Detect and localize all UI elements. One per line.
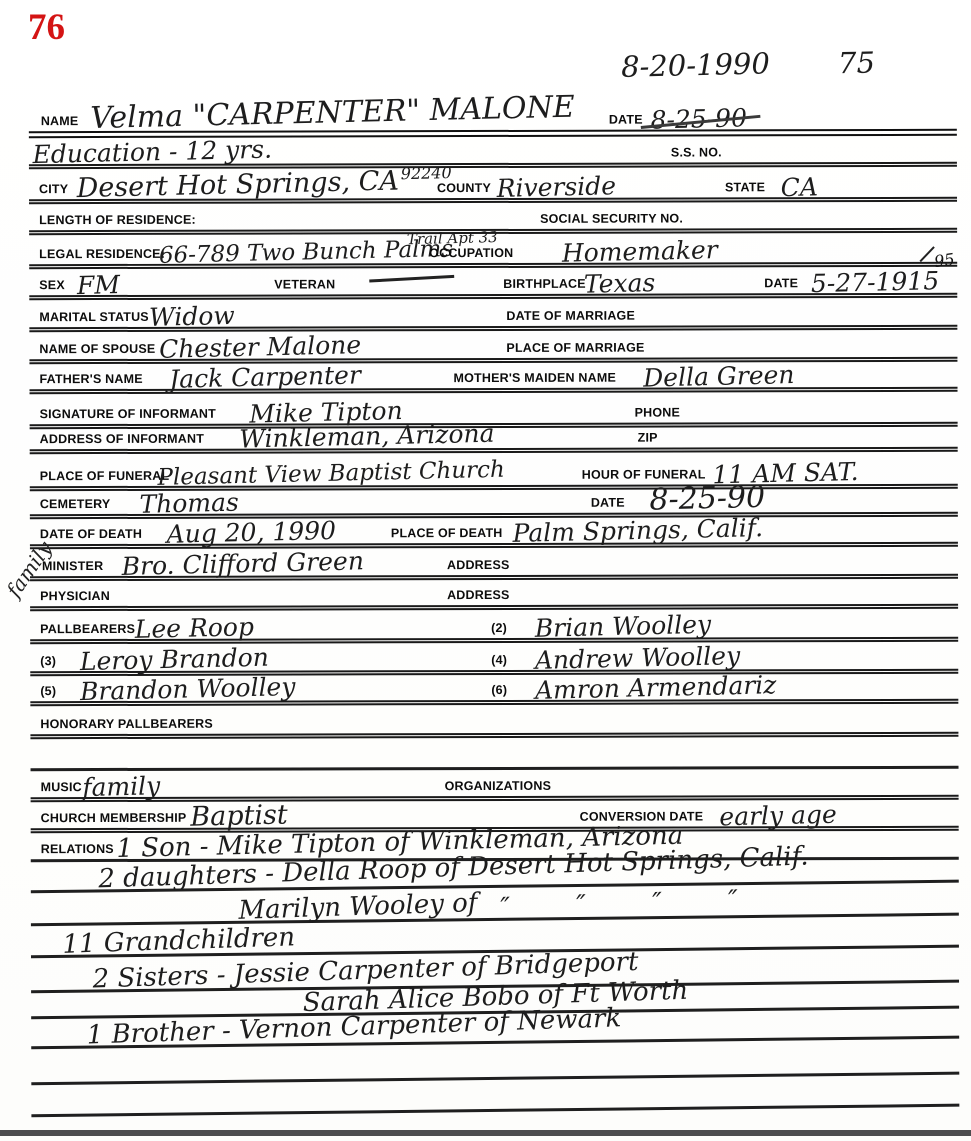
county-value: Riverside	[496, 171, 616, 203]
relations-line-4: 11 Grandchildren	[62, 922, 295, 959]
row-parents: FATHER'S NAME Jack Carpenter MOTHER'S MA…	[29, 362, 957, 394]
ss-no-label: S.S. NO.	[671, 145, 722, 159]
pallbearer-6-value: Amron Armendariz	[535, 670, 777, 705]
row-legal-residence: LEGAL RESIDENCE: 66-789 Two Bunch Palms …	[29, 237, 957, 269]
row-education: Education - 12 yrs. S.S. NO.	[29, 137, 957, 169]
place-of-death-label: PLACE OF DEATH	[391, 526, 503, 540]
scan-edge-bar	[0, 1130, 971, 1136]
spouse-label: NAME OF SPOUSE	[39, 342, 155, 356]
mothers-maiden-name-value: Della Green	[643, 360, 795, 393]
row-informant-address: ADDRESS OF INFORMANT Winkleman, Arizona …	[30, 422, 958, 454]
date-of-death-label: DATE OF DEATH	[40, 527, 142, 541]
row-physician: PHYSICIAN ADDRESS	[30, 579, 958, 611]
name-date-label: DATE	[609, 113, 643, 127]
marital-status-label: MARITAL STATUS	[39, 310, 149, 324]
row-pallbearers-1: PALLBEARERS Lee Roop (2) Brian Woolley	[30, 612, 958, 644]
mothers-maiden-name-label: MOTHER'S MAIDEN NAME	[453, 371, 616, 385]
veteran-label: VETERAN	[274, 277, 335, 291]
music-value: family	[82, 771, 161, 802]
pallbearer-3-number: (3)	[40, 654, 56, 668]
hour-of-funeral-label: HOUR OF FUNERAL	[582, 467, 706, 481]
physician-address-label: ADDRESS	[447, 588, 510, 602]
row-marital-status: MARITAL STATUS Widow DATE OF MARRIAGE	[29, 300, 957, 332]
pallbearer-3-value: Leroy Brandon	[80, 643, 270, 676]
fathers-name-label: FATHER'S NAME	[39, 372, 142, 386]
church-membership-label: CHURCH MEMBERSHIP	[41, 811, 187, 825]
informant-signature-label: SIGNATURE OF INFORMANT	[40, 407, 216, 421]
pallbearer-1-value: Lee Roop	[135, 612, 255, 644]
cemetery-value: Thomas	[139, 488, 239, 519]
veteran-dash-mark	[369, 275, 454, 283]
honorary-pallbearers-label: HONORARY PALLBEARERS	[40, 717, 213, 731]
pallbearer-5-number: (5)	[40, 684, 56, 698]
pallbearers-label: PALLBEARERS	[40, 622, 135, 636]
cemetery-date-label: DATE	[591, 496, 625, 510]
name-label: NAME	[41, 114, 79, 128]
minister-label: MINISTER	[42, 559, 103, 573]
occupation-value: Homemaker	[562, 235, 718, 268]
county-label: COUNTY	[437, 181, 491, 195]
row-pallbearers-2: (3) Leroy Brandon (4) Andrew Woolley	[30, 644, 958, 676]
name-date-value: 8-25-90	[650, 103, 747, 134]
place-of-marriage-label: PLACE OF MARRIAGE	[506, 341, 644, 355]
birth-date-value: 5-27-1915	[811, 266, 940, 298]
date-of-marriage-label: DATE OF MARRIAGE	[506, 309, 635, 323]
city-label: CITY	[39, 182, 68, 196]
spouse-value: Chester Malone	[159, 330, 362, 364]
length-of-residence-label: LENGTH OF RESIDENCE:	[39, 213, 196, 227]
minister-value: Bro. Clifford Green	[121, 546, 364, 581]
social-security-label: SOCIAL SECURITY NO.	[540, 211, 683, 225]
pallbearer-4-number: (4)	[491, 653, 507, 667]
sex-label: SEX	[39, 278, 65, 292]
name-value: Velma "CARPENTER" MALONE	[90, 90, 575, 136]
pallbearer-2-value: Brian Woolley	[535, 610, 712, 643]
row-minister: MINISTER Bro. Clifford Green ADDRESS	[30, 549, 958, 581]
date-of-death-value: Aug 20, 1990	[166, 516, 336, 549]
conversion-date-value: early age	[719, 800, 837, 832]
occupation-label: OCCUPATION	[429, 246, 513, 260]
informant-address-label: ADDRESS OF INFORMANT	[40, 432, 204, 446]
place-of-death-value: Palm Springs, Calif.	[512, 513, 763, 548]
zip-label: ZIP	[638, 431, 658, 445]
place-of-funeral-value: Pleasant View Baptist Church	[157, 457, 505, 491]
church-membership-value: Baptist	[190, 799, 288, 832]
marital-status-value: Widow	[149, 301, 235, 332]
phone-label: PHONE	[635, 405, 680, 419]
place-of-funeral-label: PLACE OF FUNERAL	[40, 469, 170, 483]
music-label: MUSIC	[41, 780, 82, 794]
state-label: STATE	[725, 180, 765, 194]
minister-address-label: ADDRESS	[447, 558, 510, 572]
pallbearer-5-value: Brandon Woolley	[80, 672, 296, 706]
organizations-label: ORGANIZATIONS	[445, 779, 552, 793]
informant-address-value: Winkleman, Arizona	[239, 419, 495, 454]
legal-residence-label: LEGAL RESIDENCE:	[39, 247, 165, 261]
pallbearer-4-value: Andrew Woolley	[535, 641, 741, 675]
relations-line-3: Marilyn Wooley of	[238, 888, 478, 926]
cemetery-label: CEMETERY	[40, 497, 111, 511]
fathers-name-value: Jack Carpenter	[169, 360, 361, 394]
row-pallbearers-3: (5) Brandon Woolley (6) Amron Armendariz	[30, 674, 958, 706]
physician-label: PHYSICIAN	[40, 589, 110, 603]
relations-line-3-dittos: ″ ″ ″ ″	[500, 885, 739, 923]
row-name: NAME Velma "CARPENTER" MALONE DATE 8-25-…	[29, 102, 957, 138]
state-value: CA	[780, 172, 818, 202]
row-music: MUSIC family ORGANIZATIONS	[31, 770, 959, 802]
cemetery-date-value: 8-25-90	[649, 480, 766, 518]
margin-note-95: 95	[933, 249, 956, 271]
relations-label: RELATIONS	[41, 842, 114, 856]
row-death: DATE OF DEATH Aug 20, 1990 PLACE OF DEAT…	[30, 517, 958, 549]
pallbearer-2-number: (2)	[491, 621, 507, 635]
row-spouse: NAME OF SPOUSE Chester Malone PLACE OF M…	[29, 332, 957, 364]
row-sex-birthplace: SEX FM VETERAN BIRTHPLACE Texas DATE 5-2…	[29, 268, 957, 300]
birth-date-label: DATE	[764, 276, 798, 290]
row-cemetery: CEMETERY Thomas DATE 8-25-90	[30, 487, 958, 519]
education-value: Education - 12 yrs.	[32, 135, 272, 170]
city-value: Desert Hot Springs, CA	[76, 165, 399, 204]
sex-value: FM	[77, 270, 121, 300]
row-city: CITY Desert Hot Springs, CA 92240 COUNTY…	[29, 172, 957, 204]
birthplace-label: BIRTHPLACE	[503, 277, 586, 291]
scanned-funeral-record: 76 8-20-1990 75 NAME Velma "CARPENTER" M…	[0, 0, 971, 1141]
pallbearer-6-number: (6)	[491, 683, 507, 697]
blank-ruled-line	[30, 739, 958, 771]
birthplace-value: Texas	[584, 268, 656, 299]
row-honorary-pallbearers: HONORARY PALLBEARERS	[30, 707, 958, 739]
